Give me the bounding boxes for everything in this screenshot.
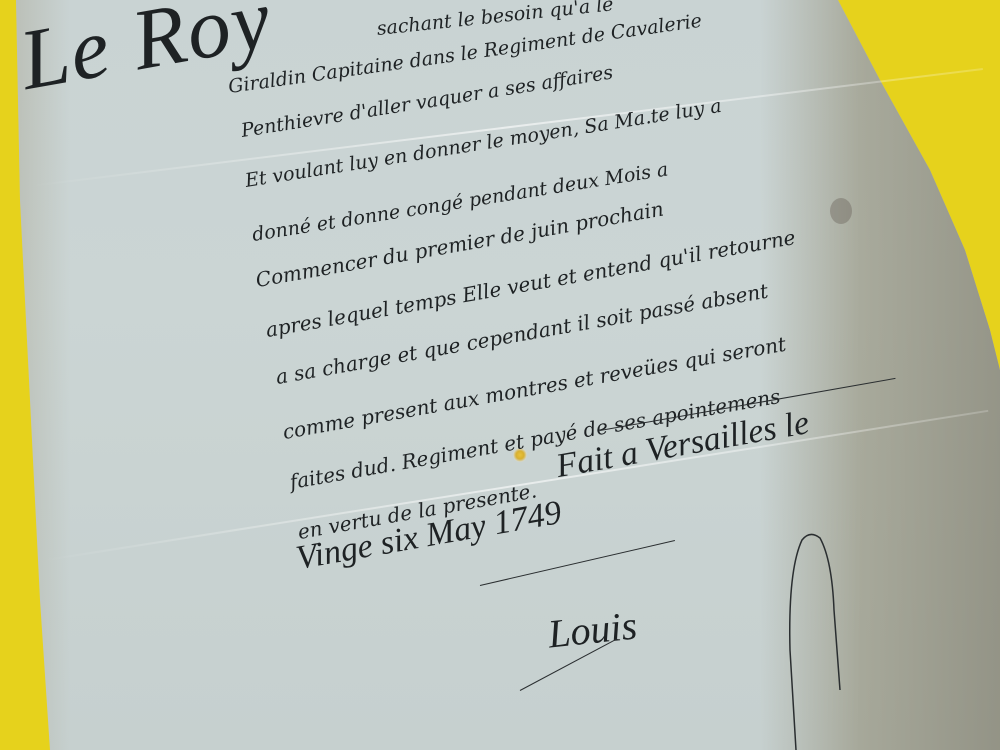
royal-signature: Louis <box>546 601 639 657</box>
ink-stain <box>830 198 852 224</box>
paraph-stroke <box>780 530 860 750</box>
photo-scene: Le Roy sachant le besoin qu'a le Giraldi… <box>0 0 1000 750</box>
